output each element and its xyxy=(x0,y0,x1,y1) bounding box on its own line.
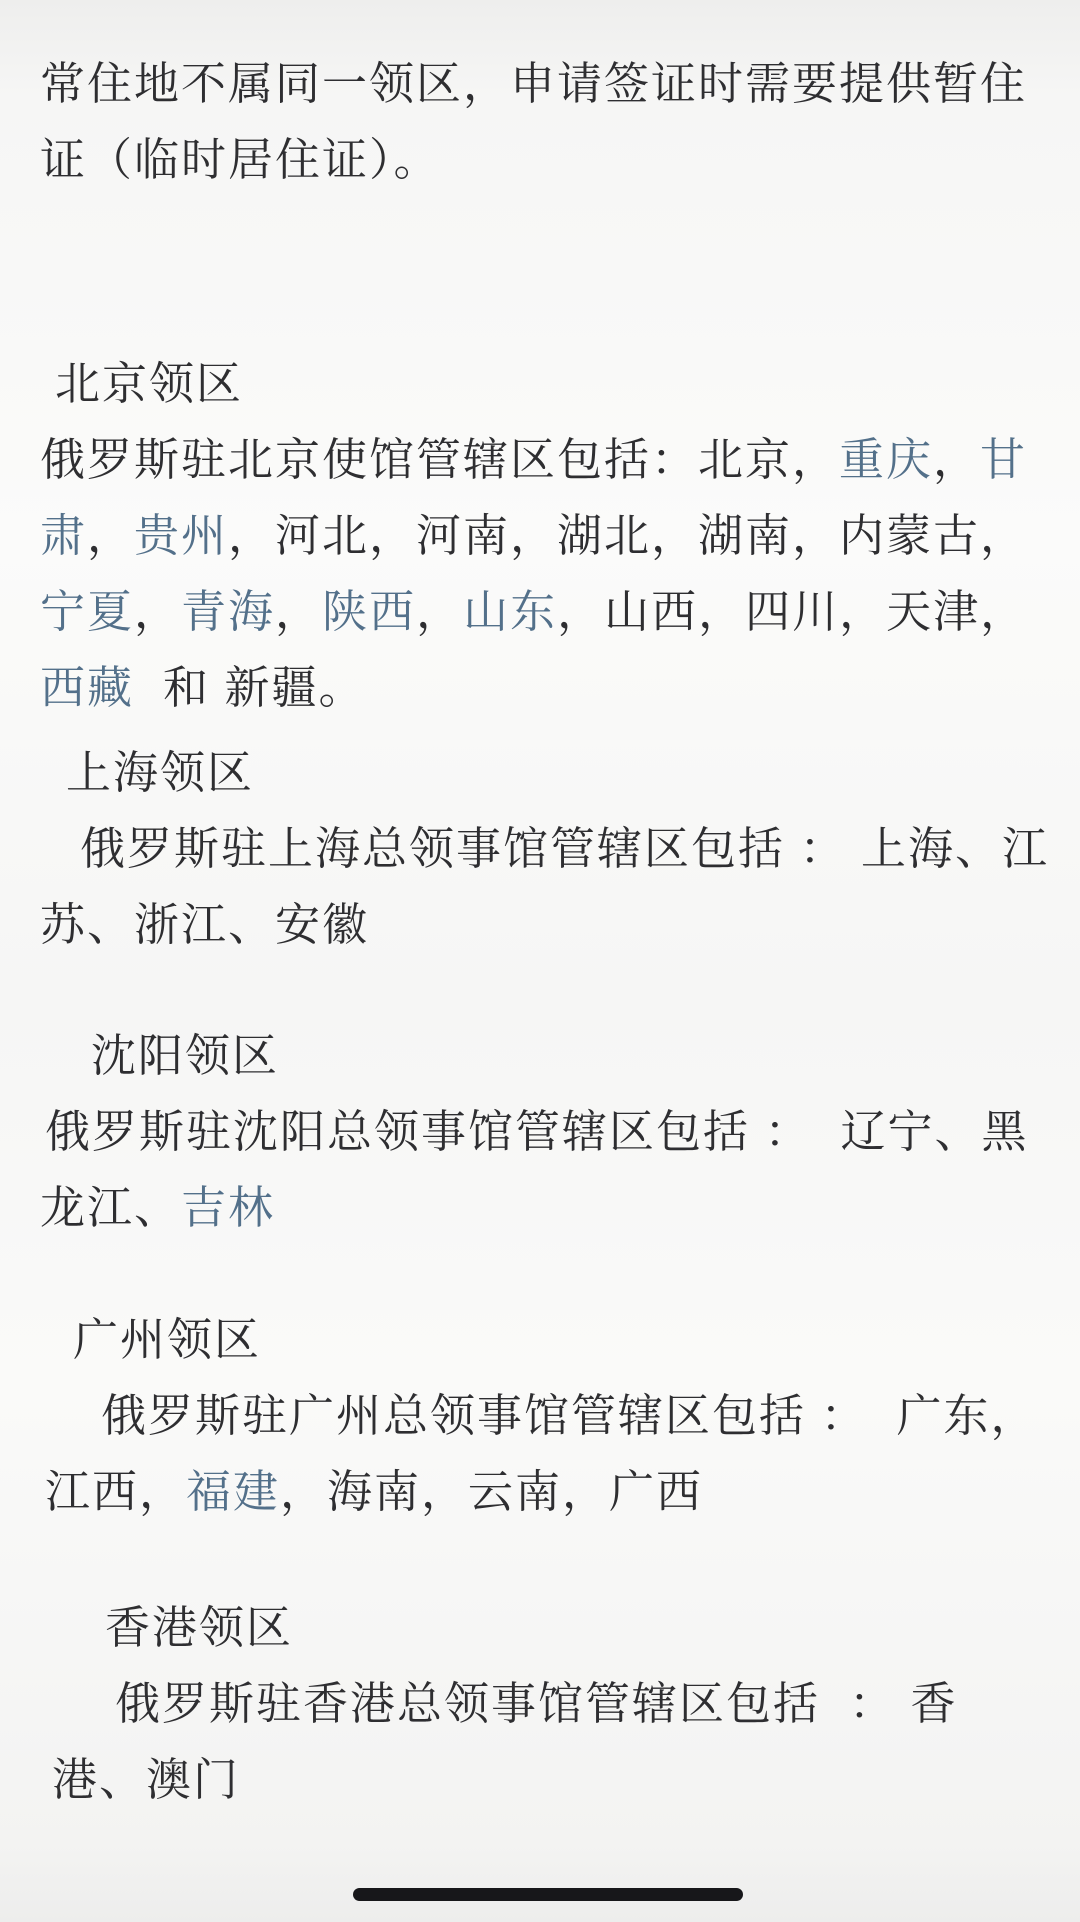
text-segment: ，海南，云南，广西 xyxy=(280,1466,703,1517)
text-segment: ， xyxy=(275,586,322,637)
text-line: 俄罗斯驻北京使馆管辖区包括：北京，重庆，甘 xyxy=(40,422,1070,498)
section-paragraph-shenyang: 俄罗斯驻沈阳总领事馆管辖区包括 ： 辽宁、黑龙江、吉林 xyxy=(40,1094,1070,1246)
text-segment: 俄罗斯驻上海总领事馆管辖区包括 ： 上海、江 xyxy=(80,823,1049,874)
text-segment: 常住地不属同一领区，申请签证时需要提供暂住 xyxy=(40,58,1027,109)
province-link[interactable]: 福建 xyxy=(186,1466,280,1517)
text-line: 肃，贵州，河北，河南，湖北，湖南，内蒙古， xyxy=(40,498,1070,574)
section-heading-shenyang: 沈阳领区 xyxy=(40,1018,1070,1094)
province-link[interactable]: 肃 xyxy=(40,510,87,561)
section-heading-shanghai: 上海领区 xyxy=(40,735,1070,811)
text-segment: ， xyxy=(933,434,980,485)
text-segment: ，山西，四川，天津， xyxy=(557,586,1027,637)
text-segment: 俄罗斯驻沈阳总领事馆管辖区包括 ： 辽宁、黑 xyxy=(45,1106,1029,1157)
text-line: 江西，福建，海南，云南，广西 xyxy=(40,1454,1070,1530)
province-link[interactable]: 青海 xyxy=(181,586,275,637)
province-link[interactable]: 西藏 xyxy=(40,662,134,713)
section-paragraph-hongkong: 俄罗斯驻香港总领事馆管辖区包括 ： 香港、澳门 xyxy=(40,1666,1070,1818)
home-indicator[interactable] xyxy=(353,1888,743,1901)
text-segment: ，河北，河南，湖北，湖南，内蒙古， xyxy=(228,510,1027,561)
province-link[interactable]: 甘 xyxy=(980,434,1027,485)
text-segment: 江西， xyxy=(45,1466,186,1517)
province-link[interactable]: 陕西 xyxy=(322,586,416,637)
text-line: 俄罗斯驻上海总领事馆管辖区包括 ： 上海、江 xyxy=(40,811,1070,887)
text-line: 西藏 和 新疆。 xyxy=(40,650,1070,726)
province-link[interactable]: 山东 xyxy=(463,586,557,637)
section-paragraph-shanghai: 俄罗斯驻上海总领事馆管辖区包括 ： 上海、江苏、浙江、安徽 xyxy=(40,811,1070,963)
province-link[interactable]: 重庆 xyxy=(839,434,933,485)
section-shanghai: 上海领区 俄罗斯驻上海总领事馆管辖区包括 ： 上海、江苏、浙江、安徽 xyxy=(40,735,1070,963)
text-segment: ， xyxy=(416,586,463,637)
text-line: 宁夏，青海，陕西，山东，山西，四川，天津， xyxy=(40,574,1070,650)
province-link[interactable]: 吉林 xyxy=(181,1182,275,1233)
section-shenyang: 沈阳领区 俄罗斯驻沈阳总领事馆管辖区包括 ： 辽宁、黑龙江、吉林 xyxy=(40,1018,1070,1246)
text-segment: ， xyxy=(87,510,134,561)
text-segment: 港、澳门 xyxy=(52,1754,240,1805)
section-heading-guangzhou: 广州领区 xyxy=(40,1302,1070,1378)
text-line: 苏、浙江、安徽 xyxy=(40,887,1070,963)
text-segment: 龙江、 xyxy=(40,1182,181,1233)
text-line: 俄罗斯驻香港总领事馆管辖区包括 ： 香 xyxy=(40,1666,1070,1742)
text-segment: 证（临时居住证）。 xyxy=(40,134,441,185)
text-line: 龙江、吉林 xyxy=(40,1170,1070,1246)
section-guangzhou: 广州领区 俄罗斯驻广州总领事馆管辖区包括 ： 广东，江西，福建，海南，云南，广西 xyxy=(40,1302,1070,1530)
section-paragraph-beijing: 俄罗斯驻北京使馆管辖区包括：北京，重庆，甘肃，贵州，河北，河南，湖北，湖南，内蒙… xyxy=(40,422,1070,726)
section-beijing: 北京领区 俄罗斯驻北京使馆管辖区包括：北京，重庆，甘肃，贵州，河北，河南，湖北，… xyxy=(40,346,1070,726)
text-segment: 苏、浙江、安徽 xyxy=(40,899,369,950)
section-hongkong: 香港领区 俄罗斯驻香港总领事馆管辖区包括 ： 香港、澳门 xyxy=(40,1590,1070,1818)
province-link[interactable]: 宁夏 xyxy=(40,586,134,637)
text-segment: 俄罗斯驻广州总领事馆管辖区包括 ： 广东， xyxy=(101,1390,1038,1441)
text-line: 俄罗斯驻沈阳总领事馆管辖区包括 ： 辽宁、黑 xyxy=(40,1094,1070,1170)
text-segment: 和 新疆。 xyxy=(134,662,366,713)
section-heading-hongkong: 香港领区 xyxy=(40,1590,1070,1666)
text-segment: 俄罗斯驻香港总领事馆管辖区包括 ： 香 xyxy=(115,1678,958,1729)
section-heading-beijing: 北京领区 xyxy=(40,346,1070,422)
province-link[interactable]: 贵州 xyxy=(134,510,228,561)
section-paragraph-guangzhou: 俄罗斯驻广州总领事馆管辖区包括 ： 广东，江西，福建，海南，云南，广西 xyxy=(40,1378,1070,1530)
intro-paragraph: 常住地不属同一领区，申请签证时需要提供暂住证（临时居住证）。 xyxy=(40,46,1070,198)
text-segment: ， xyxy=(134,586,181,637)
text-line: 常住地不属同一领区，申请签证时需要提供暂住 xyxy=(40,46,1070,122)
document-body: 常住地不属同一领区，申请签证时需要提供暂住证（临时居住证）。 北京领区 俄罗斯驻… xyxy=(0,0,1080,1818)
text-line: 证（临时居住证）。 xyxy=(40,122,1070,198)
text-line: 俄罗斯驻广州总领事馆管辖区包括 ： 广东， xyxy=(40,1378,1070,1454)
text-line: 港、澳门 xyxy=(40,1742,1070,1818)
text-segment: 俄罗斯驻北京使馆管辖区包括：北京， xyxy=(40,434,839,485)
